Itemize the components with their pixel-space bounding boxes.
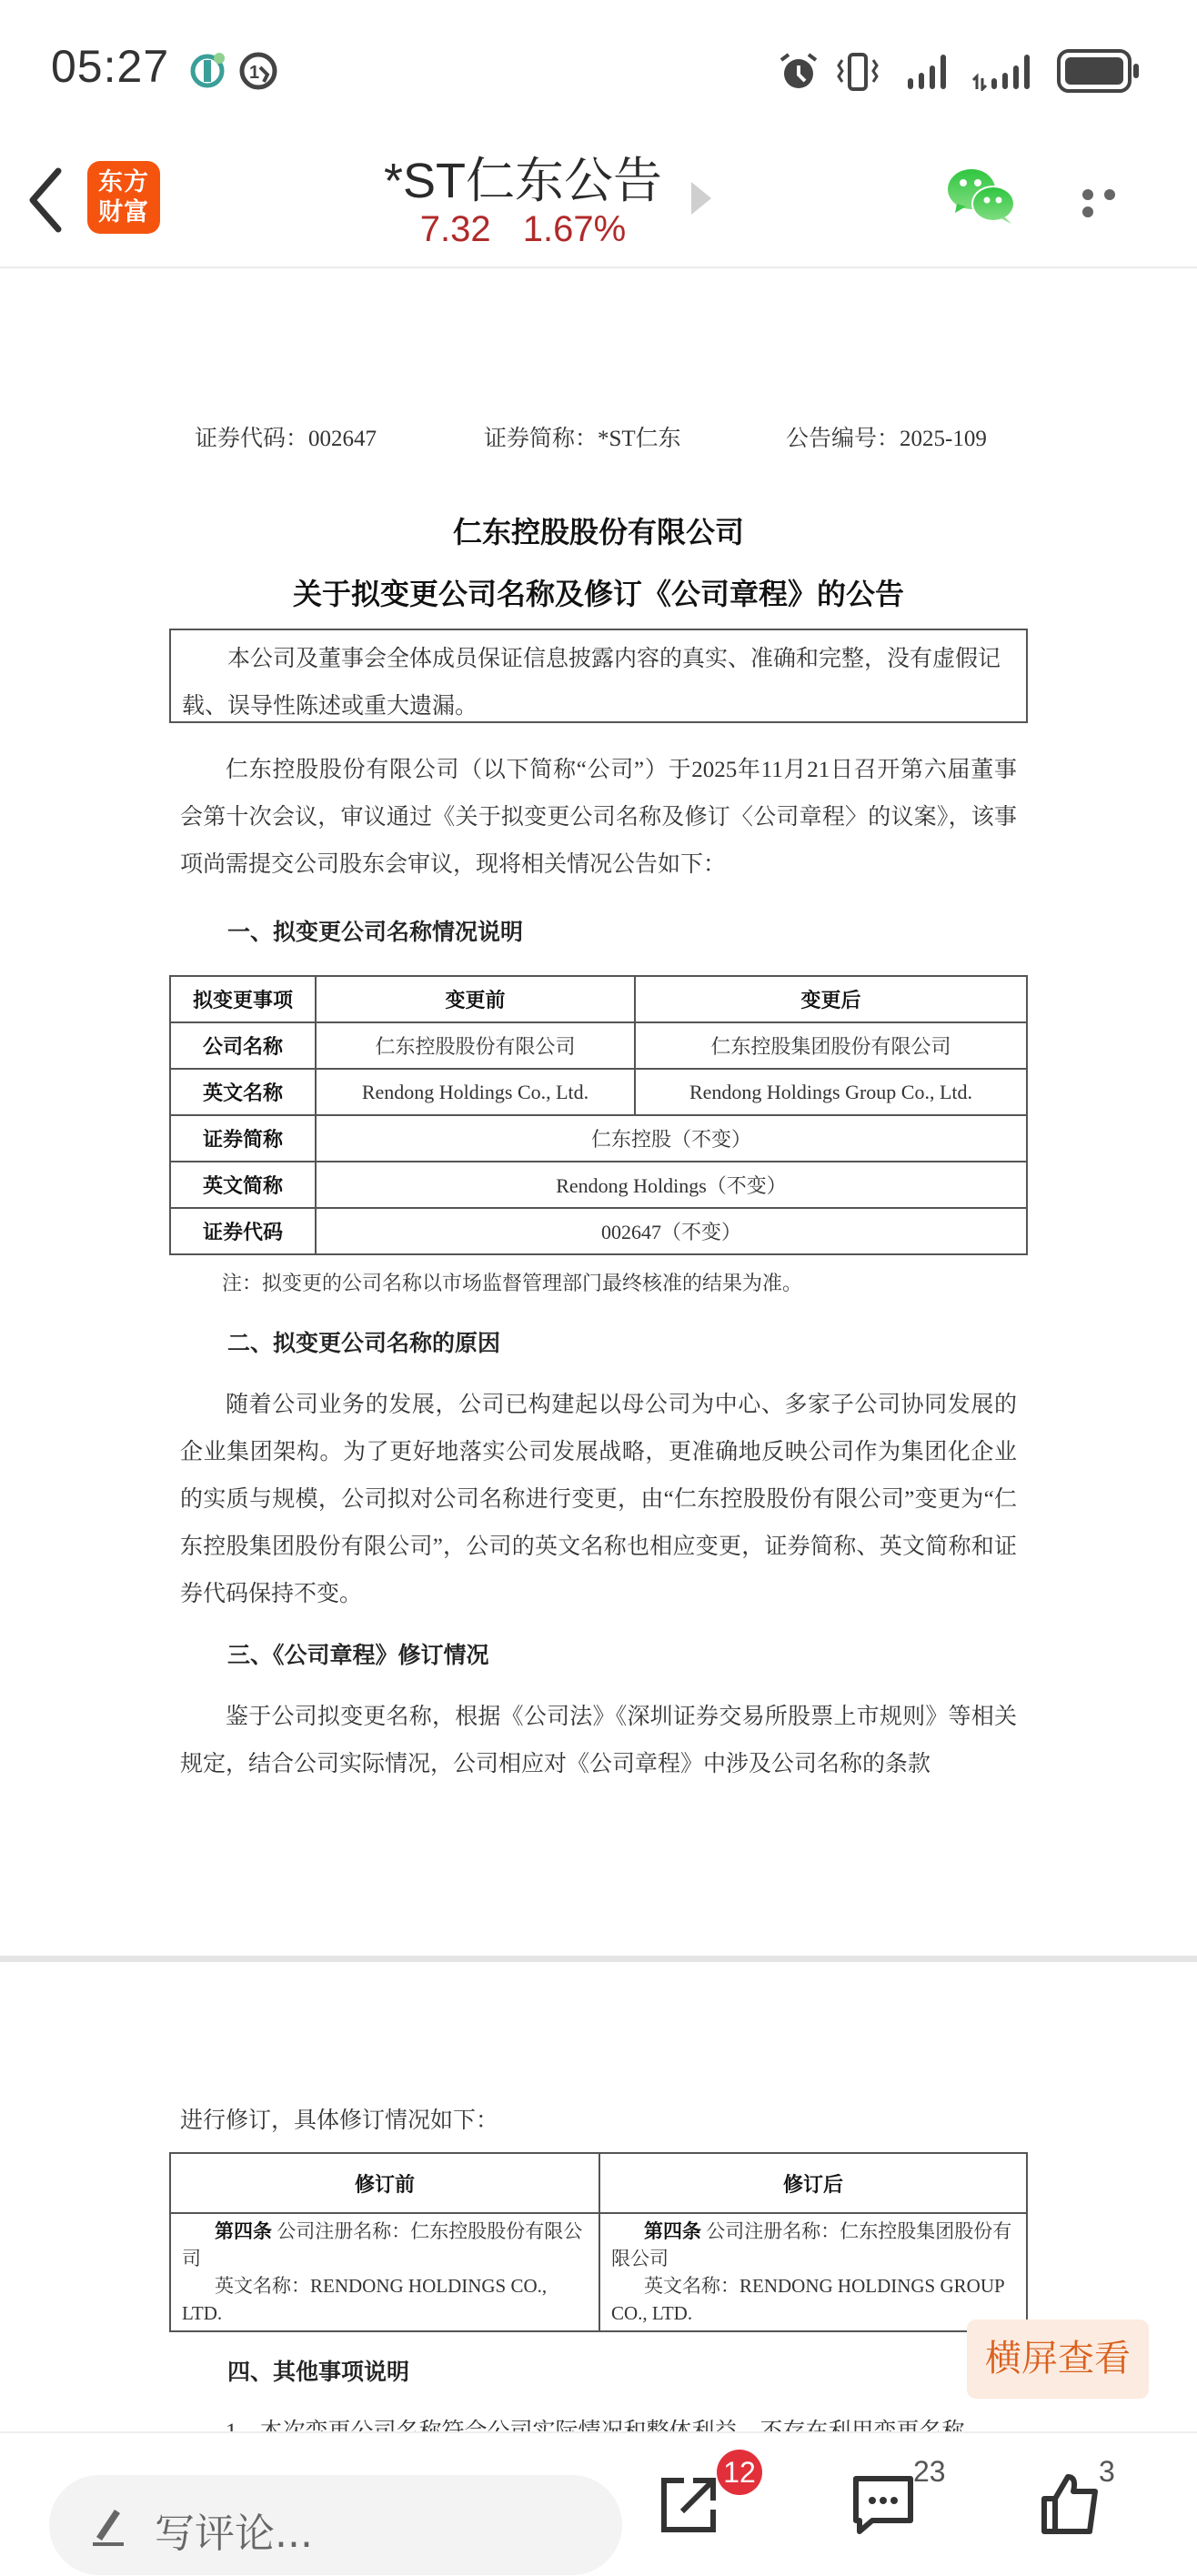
comment-input[interactable]: 写评论... [49,2475,622,2575]
svg-text:1: 1 [249,63,259,83]
landscape-view-button[interactable]: 横屏查看 [967,2319,1149,2399]
doc-security-short-name: 证券简称：*ST仁东 [484,420,681,453]
comment-count: 23 [913,2455,946,2489]
clock-app-icon: 1 [238,51,278,91]
comment-placeholder: 写评论... [155,2501,313,2559]
pencil-icon [91,2504,127,2546]
doc-security-code: 证券代码：002647 [195,420,377,453]
section2-paragraph: 随着公司业务的发展，公司已构建起以母公司为中心、多家子公司协同发展的企业集团架构… [180,1382,1017,1618]
stock-quote: 7.32 1.67% [0,209,1046,250]
section1-heading: 一、拟变更公司名称情况说明 [227,914,523,947]
table-header: 修订后 [599,2153,1027,2213]
wechat-icon[interactable] [946,166,1019,229]
next-stock-arrow-icon[interactable] [691,182,711,215]
more-dots-icon [1082,189,1093,200]
table-row: 英文简称 Rendong Holdings（不变） [170,1162,1027,1208]
doc-company-name: 仁东控股股份有限公司 [0,509,1197,551]
battery-icon [1057,49,1141,93]
status-bar: 05:27 1 [0,0,1197,136]
table-header: 变更前 [316,976,635,1022]
table-row: 证券代码 002647（不变） [170,1208,1027,1254]
articles-revision-table: 修订前 修订后 第四条 公司注册名称：仁东控股股份有限公司 英文名称：RENDO… [169,2152,1028,2332]
stock-price: 7.32 [420,209,491,249]
table-row: 证券简称 仁东控股（不变） [170,1115,1027,1162]
like-button[interactable] [1039,2471,1104,2537]
name-change-table: 拟变更事项 变更前 变更后 公司名称 仁东控股股份有限公司 仁东控股集团股份有限… [169,975,1028,1255]
table-note: 注：拟变更的公司名称以市场监督管理部门最终核准的结果为准。 [222,1268,802,1296]
more-button[interactable] [1082,186,1146,205]
stock-change: 1.67% [523,209,626,249]
app-notification-icon [189,51,227,89]
table-header: 修订前 [170,2153,599,2213]
app-header: 东方 财富 *ST仁东公告 7.32 1.67% [0,136,1197,268]
disclosure-statement-box: 本公司及董事会全体成员保证信息披露内容的真实、准确和完整，没有虚假记载、误导性陈… [169,629,1028,723]
doc-notice-number: 公告编号：2025-109 [786,420,987,453]
table-row: 英文名称 Rendong Holdings Co., Ltd. Rendong … [170,1069,1027,1115]
status-time: 05:27 [51,40,169,93]
signal-icon [906,51,955,91]
table-header: 拟变更事项 [170,976,316,1022]
signal-data-icon [970,51,1037,91]
revision-after-cell: 第四条 公司注册名称：仁东控股集团股份有限公司 英文名称：RENDONG HOL… [599,2213,1027,2331]
doc-title: 关于拟变更公司名称及修订《公司章程》的公告 [0,571,1197,613]
bottom-action-bar: 写评论... 12 23 3 [0,2431,1197,2576]
section3-paragraph: 鉴于公司拟变更名称，根据《公司法》《深圳证券交易所股票上市规则》等相关规定，结合… [180,1694,1017,1788]
section4-heading: 四、其他事项说明 [227,2354,409,2387]
table-header: 变更后 [635,976,1027,1022]
alarm-icon [778,51,820,93]
section2-heading: 二、拟变更公司名称的原因 [227,1325,500,1358]
revision-before-cell: 第四条 公司注册名称：仁东控股股份有限公司 英文名称：RENDONG HOLDI… [170,2213,599,2331]
vibrate-icon [835,51,880,93]
section3-heading: 三、《公司章程》修订情况 [227,1637,489,1670]
table-row: 公司名称 仁东控股股份有限公司 仁东控股集团股份有限公司 [170,1022,1027,1069]
like-count: 3 [1099,2455,1115,2489]
share-badge: 12 [717,2450,762,2495]
comments-button[interactable] [850,2471,916,2537]
page-separator [0,1956,1197,1962]
table-row: 第四条 公司注册名称：仁东控股股份有限公司 英文名称：RENDONG HOLDI… [170,2213,1027,2331]
section3-paragraph-continued: 进行修订，具体修订情况如下： [180,2098,1017,2145]
page-title: *ST仁东公告 [0,142,1046,212]
share-button[interactable] [657,2471,722,2537]
intro-paragraph: 仁东控股股份有限公司（以下简称“公司”）于2025年11月21日召开第六届董事会… [180,747,1017,889]
